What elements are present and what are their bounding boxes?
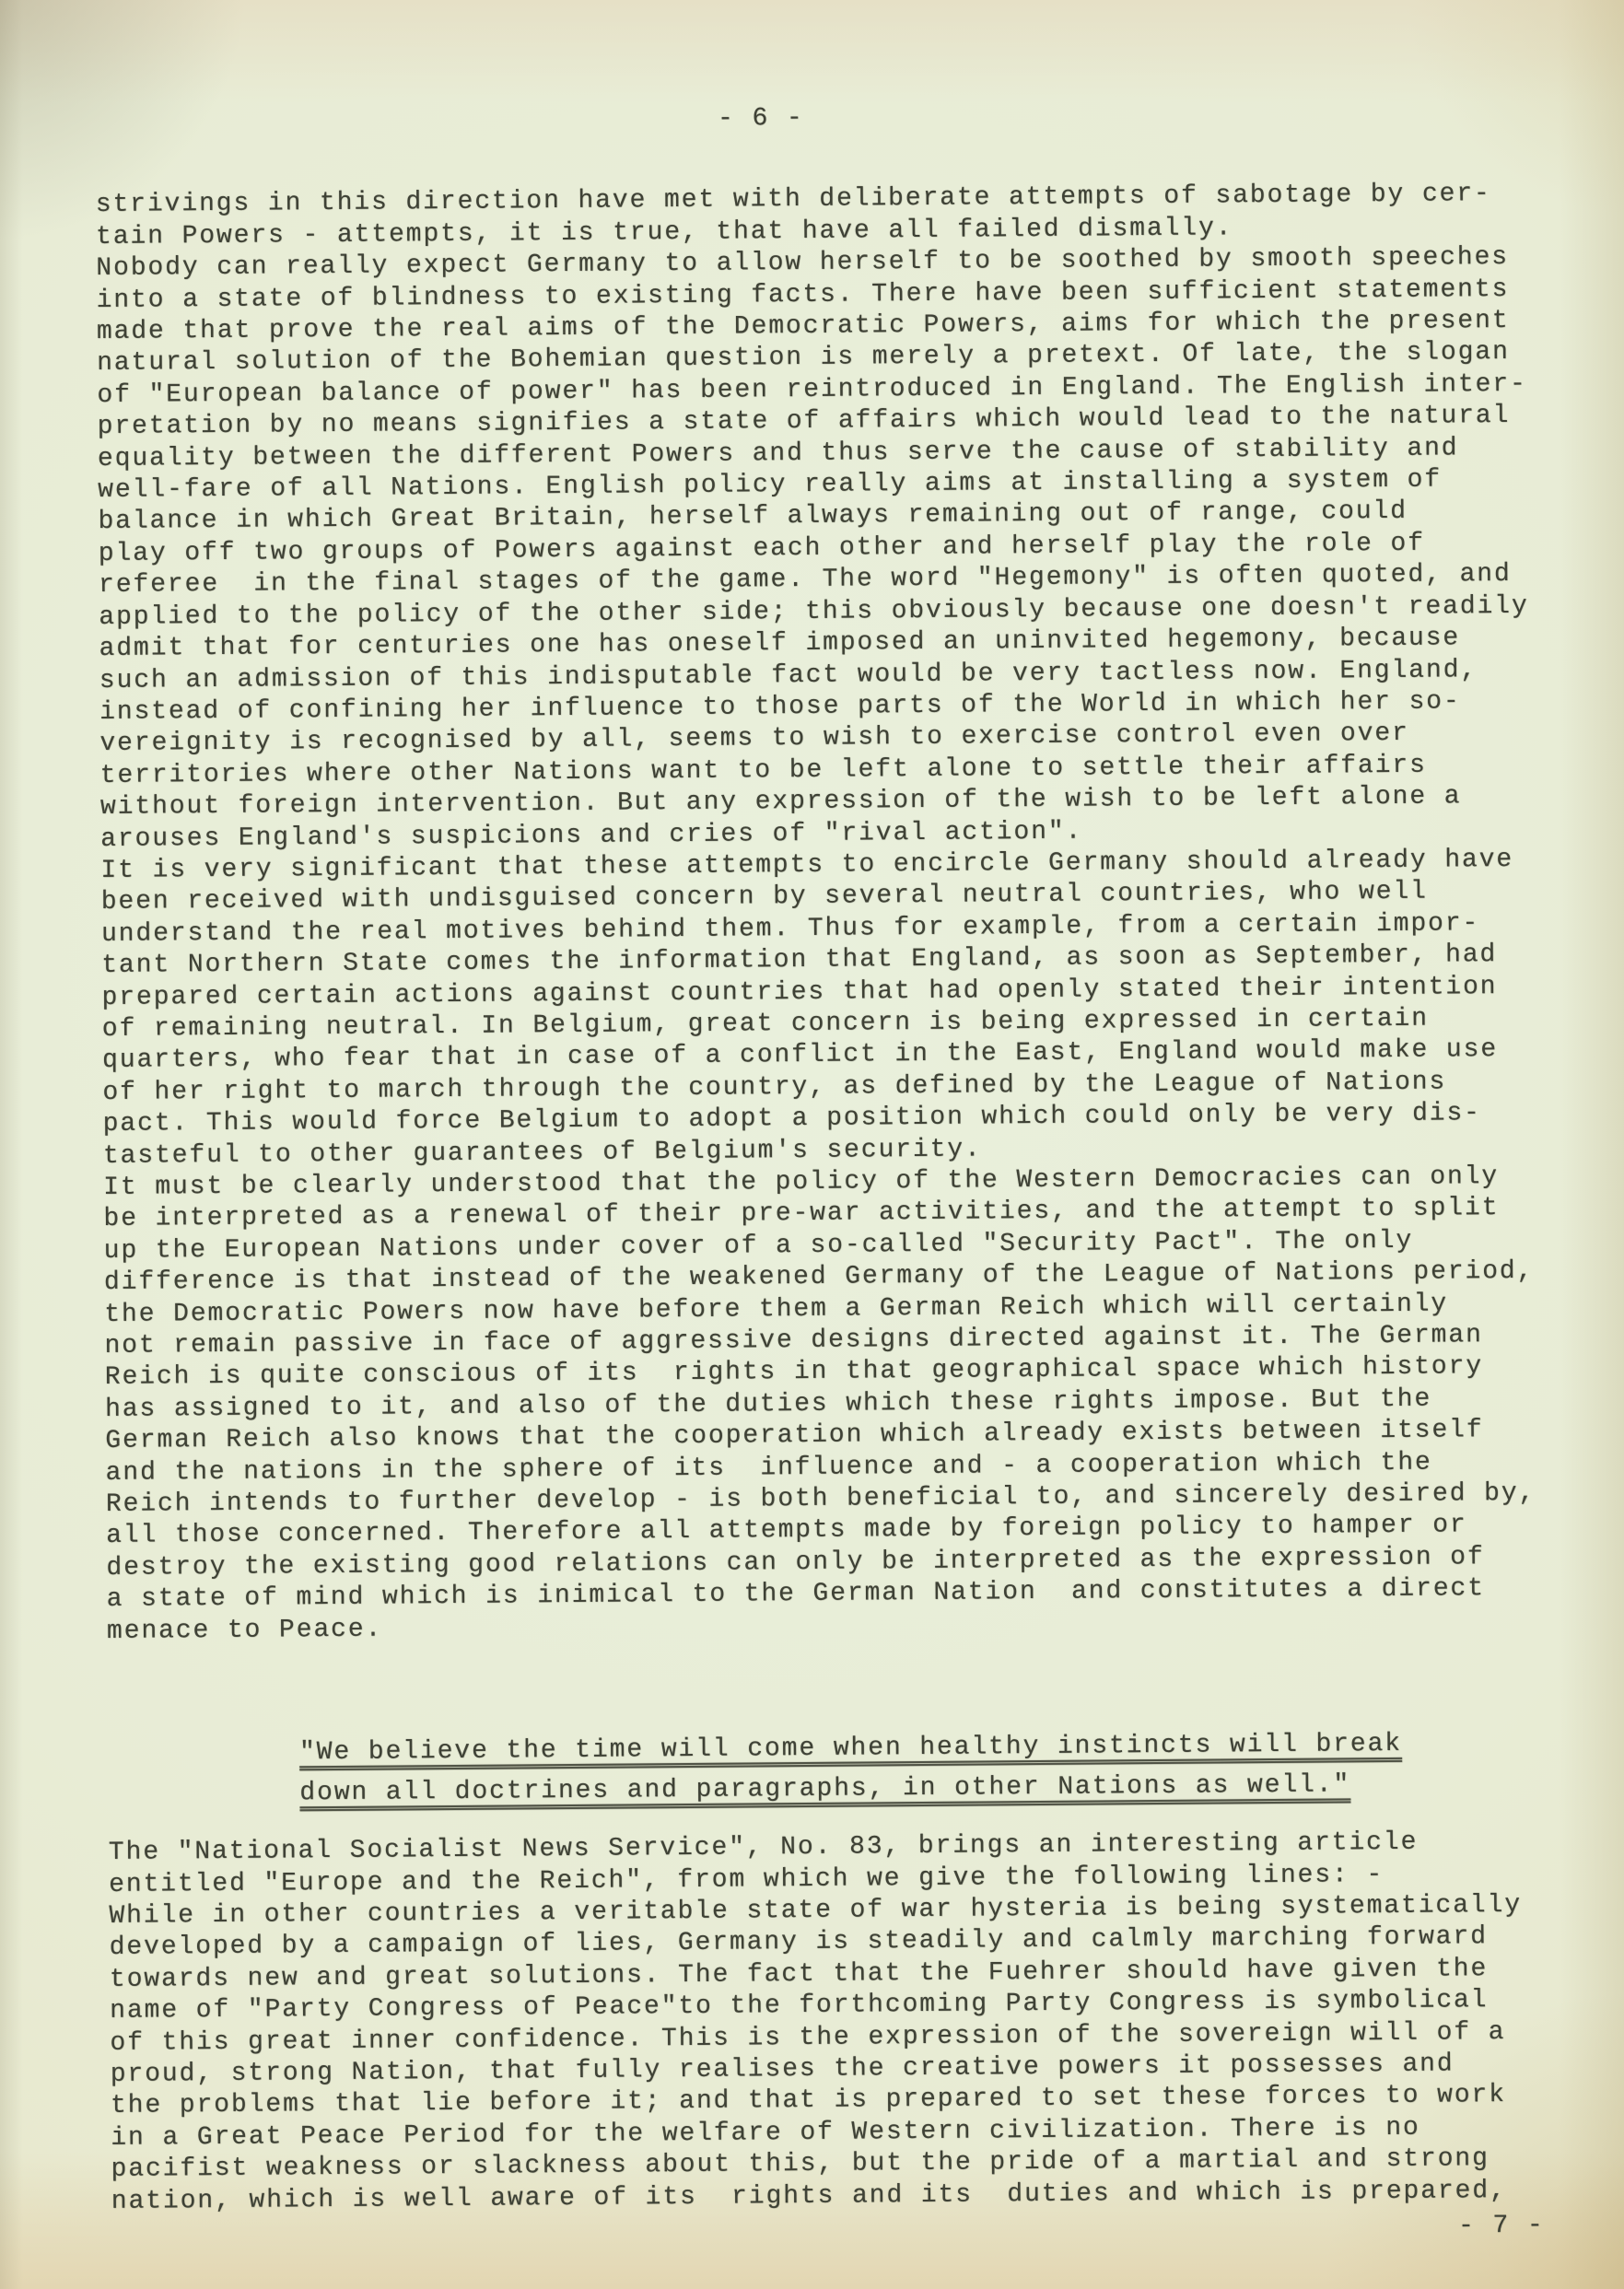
page-number-top: - 6 -: [718, 97, 1580, 135]
page-content: - 6 - strivings in this direction have m…: [95, 97, 1596, 2253]
underlined-quote: "We believe the time will come when heal…: [299, 1723, 1594, 1814]
quote-underlined-text: down all doctrines and paragraphs, in ot…: [299, 1770, 1350, 1807]
quote-underlined-text: "We believe the time will come when heal…: [299, 1730, 1402, 1767]
document-page: - 6 - strivings in this direction have m…: [0, 0, 1624, 2289]
body-paragraph: strivings in this direction have met wit…: [96, 179, 1592, 1648]
document-body: strivings in this direction have met wit…: [96, 179, 1596, 2218]
body-paragraph: The "National Socialist News Service", N…: [109, 1826, 1596, 2218]
page-number-bottom: - 7 -: [1458, 2210, 1596, 2243]
